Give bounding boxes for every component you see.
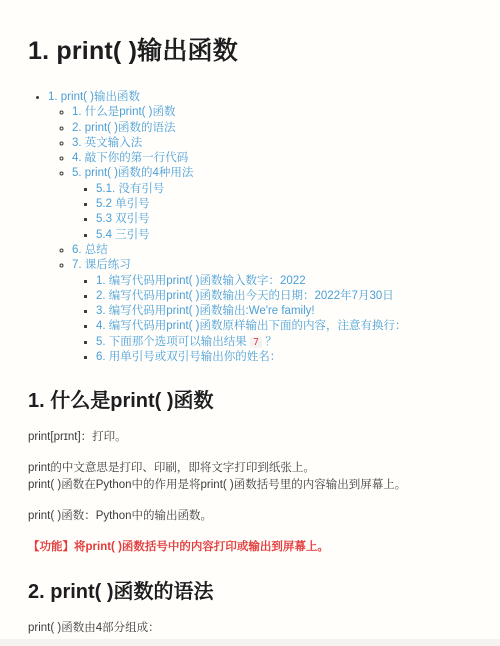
toc-link-four-usages[interactable]: 5. print( )函数的4种用法 [72, 167, 193, 179]
section-2-heading: 2. print( )函数的语法 [28, 580, 470, 604]
article-content: 1. print( )输出函数 1. print( )输出函数 1. 什么是pr… [0, 0, 500, 637]
toc-link-double-quotes[interactable]: 5.3 双引号 [96, 213, 150, 225]
paragraph-line: print( )函数在Python中的作用是将print( )函数括号里的内容输… [28, 477, 470, 494]
toc-link-exercise-2[interactable]: 2. 编写代码用print( )函数输出今天的日期：2022年7月30日 [96, 290, 394, 302]
paragraph-print-meaning: print的中文意思是打印、印刷，即将文字打印到纸张上。print( )函数在P… [28, 460, 470, 494]
toc-exercise-5-prefix: 5. 下面那个选项可以输出结果 [96, 336, 250, 348]
inline-code-seven: 7 [250, 337, 262, 348]
function-note-red: 【功能】将print( )函数括号中的内容打印或输出到屏幕上。 [28, 539, 470, 556]
toc-item: 5.3 双引号 [96, 212, 470, 227]
paragraph-print-pronunciation: print[prɪnt]：打印。 [28, 429, 470, 446]
toc-link-root[interactable]: 1. print( )输出函数 [48, 91, 140, 103]
toc-link-exercise-4[interactable]: 4. 编写代码用print( )函数原样输出下面的内容，注意有换行： [96, 320, 407, 332]
toc-item: 3. 英文输入法 [72, 136, 470, 151]
toc-item: 1. 编写代码用print( )函数输入数字：2022 [96, 274, 470, 289]
toc-link-exercises[interactable]: 7. 课后练习 [72, 259, 131, 271]
toc-link-summary[interactable]: 6. 总结 [72, 244, 108, 256]
page-title: 1. print( )输出函数 [28, 36, 470, 66]
article-page: 1. print( )输出函数 1. print( )输出函数 1. 什么是pr… [0, 0, 500, 646]
toc-item: 5. 下面那个选项可以输出结果 7 ？ [96, 335, 470, 350]
toc-item: 4. 敲下你的第一行代码 [72, 151, 470, 166]
toc-item: 1. 什么是print( )函数 [72, 105, 470, 120]
toc-link-english-input[interactable]: 3. 英文输入法 [72, 137, 142, 149]
section-1-heading: 1. 什么是print( )函数 [28, 389, 470, 413]
bottom-edge-strip [0, 639, 500, 646]
toc-level-1: 1. print( )输出函数 1. 什么是print( )函数 2. prin… [28, 90, 470, 365]
toc-level-3-usages: 5.1. 没有引号 5.2 单引号 5.3 双引号 5.4 三引号 [72, 182, 470, 243]
toc-item: 5.2 单引号 [96, 197, 470, 212]
toc-level-2: 1. 什么是print( )函数 2. print( )函数的语法 3. 英文输… [48, 105, 470, 365]
toc-link-single-quotes[interactable]: 5.2 单引号 [96, 198, 150, 210]
toc-item: 5.1. 没有引号 [96, 182, 470, 197]
toc-link-exercise-6[interactable]: 6. 用单引号或双引号输出你的姓名： [96, 351, 281, 363]
toc-item: 2. print( )函数的语法 [72, 121, 470, 136]
toc-item: 5. print( )函数的4种用法 5.1. 没有引号 5.2 单引号 5.3… [72, 166, 470, 242]
toc-item: 2. 编写代码用print( )函数输出今天的日期：2022年7月30日 [96, 289, 470, 304]
paragraph-syntax-intro: print( )函数由4部分组成： [28, 620, 470, 637]
toc-link-exercise-1[interactable]: 1. 编写代码用print( )函数输入数字：2022 [96, 275, 306, 287]
toc-item-root: 1. print( )输出函数 1. 什么是print( )函数 2. prin… [48, 90, 470, 365]
toc-item: 4. 编写代码用print( )函数原样输出下面的内容，注意有换行： [96, 319, 470, 334]
toc-item: 3. 编写代码用print( )函数输出:We're family! [96, 304, 470, 319]
toc-link-exercise-3[interactable]: 3. 编写代码用print( )函数输出:We're family! [96, 305, 315, 317]
paragraph-print-definition: print( )函数：Python中的输出函数。 [28, 508, 470, 525]
toc-item: 5.4 三引号 [96, 228, 470, 243]
toc-link-triple-quotes[interactable]: 5.4 三引号 [96, 229, 150, 241]
toc-link-first-code[interactable]: 4. 敲下你的第一行代码 [72, 152, 188, 164]
toc-item: 6. 用单引号或双引号输出你的姓名： [96, 350, 470, 365]
toc-link-what-is-print[interactable]: 1. 什么是print( )函数 [72, 106, 176, 118]
toc-item: 6. 总结 [72, 243, 470, 258]
toc-level-3-exercises: 1. 编写代码用print( )函数输入数字：2022 2. 编写代码用prin… [72, 274, 470, 366]
paragraph-line: print的中文意思是打印、印刷，即将文字打印到纸张上。 [28, 460, 470, 477]
toc-link-exercise-5[interactable]: 5. 下面那个选项可以输出结果 7 ？ [96, 336, 277, 348]
toc-link-no-quotes[interactable]: 5.1. 没有引号 [96, 183, 164, 195]
toc-link-syntax[interactable]: 2. print( )函数的语法 [72, 122, 176, 134]
toc-exercise-5-suffix: ？ [262, 336, 277, 348]
toc-item: 7. 课后练习 1. 编写代码用print( )函数输入数字：2022 2. 编… [72, 258, 470, 365]
table-of-contents: 1. print( )输出函数 1. 什么是print( )函数 2. prin… [28, 90, 470, 365]
